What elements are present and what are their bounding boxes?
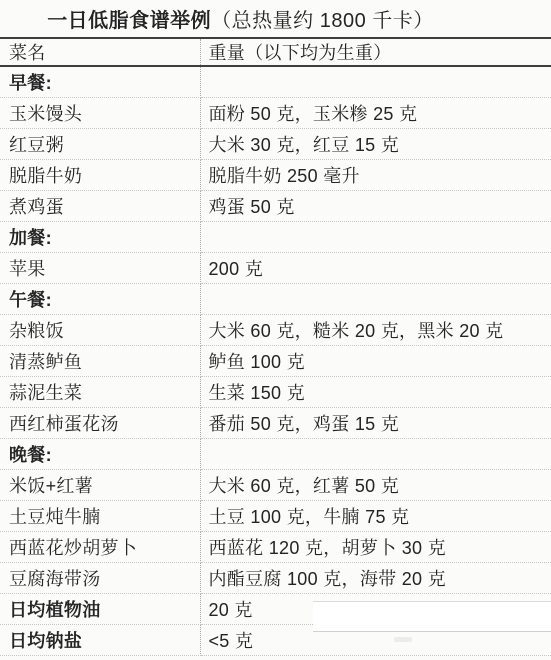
header-weight: 重量（以下均为生重） [200, 38, 551, 66]
dish-cell: 早餐: [0, 66, 200, 97]
dish-cell: 西红柿蛋花汤 [0, 407, 200, 438]
weight-cell: 土豆 100 克，牛腩 75 克 [200, 500, 551, 531]
dish-cell: 西蓝花炒胡萝卜 [0, 531, 200, 562]
weight-cell: 大米 30 克，红豆 15 克 [200, 128, 551, 159]
dish-cell: 午餐: [0, 283, 200, 314]
dish-cell: 土豆炖牛腩 [0, 500, 200, 531]
weight-cell: 大米 60 克，糙米 20 克，黑米 20 克 [200, 314, 551, 345]
dish-cell: 红豆粥 [0, 128, 200, 159]
diet-table-page: 一日低脂食谱举例（总热量约 1800 千卡） 菜名 重量（以下均为生重） 早餐:… [0, 0, 551, 656]
section-row: 午餐: [0, 283, 551, 314]
table-row: 红豆粥大米 30 克，红豆 15 克 [0, 128, 551, 159]
weight-cell: 200 克 [200, 252, 551, 283]
watermark-smudge [394, 637, 412, 642]
weight-cell: 鸡蛋 50 克 [200, 190, 551, 221]
dish-cell: 玉米馒头 [0, 97, 200, 128]
watermark-erase-patch [313, 601, 551, 632]
weight-cell: 内酯豆腐 100 克，海带 20 克 [200, 562, 551, 593]
page-title: 一日低脂食谱举例（总热量约 1800 千卡） [0, 0, 551, 37]
header-row: 菜名 重量（以下均为生重） [0, 38, 551, 66]
weight-cell: 大米 60 克，红薯 50 克 [200, 469, 551, 500]
title-calorie-note: （总热量约 1800 千卡） [211, 4, 434, 33]
table-row: 玉米馒头面粉 50 克，玉米糁 25 克 [0, 97, 551, 128]
weight-cell [200, 66, 551, 97]
dish-cell: 米饭+红薯 [0, 469, 200, 500]
dish-cell: 脱脂牛奶 [0, 159, 200, 190]
weight-cell: 鲈鱼 100 克 [200, 345, 551, 376]
table-row: 米饭+红薯大米 60 克，红薯 50 克 [0, 469, 551, 500]
table-body: 早餐:玉米馒头面粉 50 克，玉米糁 25 克红豆粥大米 30 克，红豆 15 … [0, 66, 551, 655]
weight-cell: 面粉 50 克，玉米糁 25 克 [200, 97, 551, 128]
table-row: 西蓝花炒胡萝卜西蓝花 120 克，胡萝卜 30 克 [0, 531, 551, 562]
header-dish-name: 菜名 [0, 38, 200, 66]
weight-cell [200, 438, 551, 469]
table-row: 蒜泥生菜生菜 150 克 [0, 376, 551, 407]
dish-cell: 蒜泥生菜 [0, 376, 200, 407]
dish-cell: 日均钠盐 [0, 624, 200, 655]
dish-cell: 清蒸鲈鱼 [0, 345, 200, 376]
weight-cell [200, 283, 551, 314]
weight-cell: 脱脂牛奶 250 毫升 [200, 159, 551, 190]
title-main-text: 一日低脂食谱举例 [47, 4, 211, 33]
table-row: 土豆炖牛腩土豆 100 克，牛腩 75 克 [0, 500, 551, 531]
weight-cell: 番茄 50 克，鸡蛋 15 克 [200, 407, 551, 438]
weight-cell: 西蓝花 120 克，胡萝卜 30 克 [200, 531, 551, 562]
table-row: 西红柿蛋花汤番茄 50 克，鸡蛋 15 克 [0, 407, 551, 438]
weight-cell [200, 221, 551, 252]
table-row: 煮鸡蛋鸡蛋 50 克 [0, 190, 551, 221]
dish-cell: 煮鸡蛋 [0, 190, 200, 221]
section-row: 早餐: [0, 66, 551, 97]
dish-cell: 苹果 [0, 252, 200, 283]
table-row: 苹果200 克 [0, 252, 551, 283]
table-row: 杂粮饭大米 60 克，糙米 20 克，黑米 20 克 [0, 314, 551, 345]
dish-cell: 晚餐: [0, 438, 200, 469]
table-row: 清蒸鲈鱼鲈鱼 100 克 [0, 345, 551, 376]
section-row: 加餐: [0, 221, 551, 252]
dish-cell: 加餐: [0, 221, 200, 252]
weight-cell: 生菜 150 克 [200, 376, 551, 407]
table-row: 脱脂牛奶脱脂牛奶 250 毫升 [0, 159, 551, 190]
section-row: 晚餐: [0, 438, 551, 469]
dish-cell: 杂粮饭 [0, 314, 200, 345]
table-row: 豆腐海带汤内酯豆腐 100 克，海带 20 克 [0, 562, 551, 593]
dish-cell: 日均植物油 [0, 593, 200, 624]
diet-table: 菜名 重量（以下均为生重） 早餐:玉米馒头面粉 50 克，玉米糁 25 克红豆粥… [0, 37, 551, 656]
dish-cell: 豆腐海带汤 [0, 562, 200, 593]
